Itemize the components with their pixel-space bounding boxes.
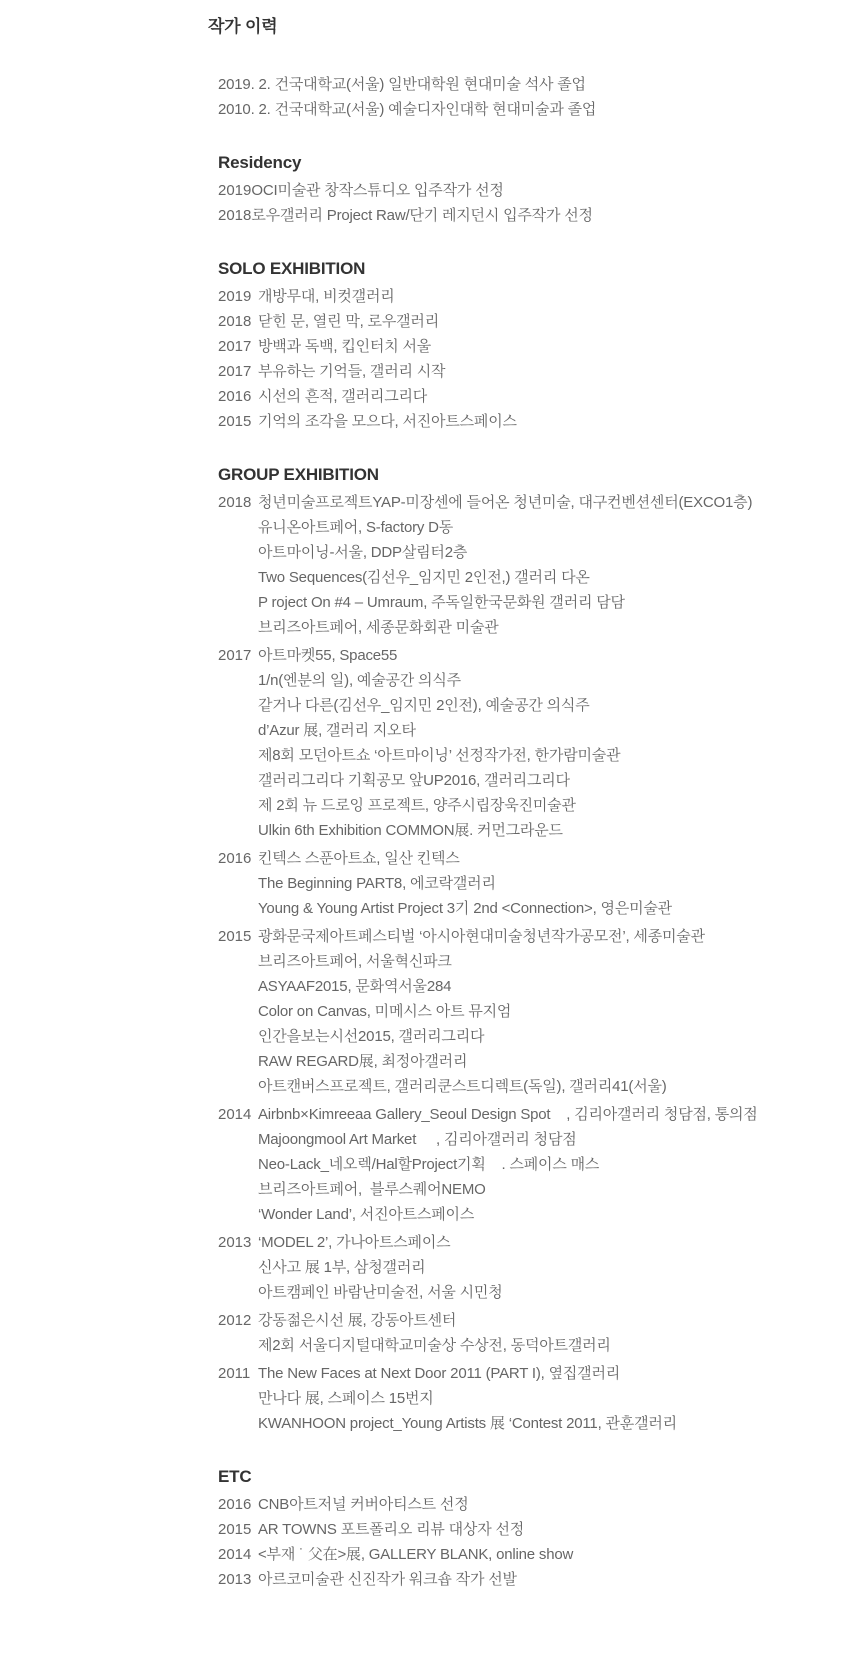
cv-entry: 2015AR TOWNS 포트폴리오 리뷰 대상자 선정	[218, 1517, 840, 1542]
entry-lines: 로우갤러리 Project Raw/단기 레지던시 입주작가 선정	[251, 203, 840, 228]
entry-line: 방백과 독백, 킵인터치 서울	[258, 334, 840, 359]
entry-line: 개방무대, 비컷갤러리	[258, 284, 840, 309]
cv-entry: 2018청년미술프로젝트YAP-미장센에 들어온 청년미술, 대구컨벤션센터(E…	[218, 490, 840, 640]
entry-line: 시선의 흔적, 갤러리그리다	[258, 384, 840, 409]
entry-year: 2017	[218, 334, 258, 359]
entry-line: 같거나 다른(김선우_임지민 2인전), 예술공간 의식주	[258, 693, 840, 718]
entry-line: Majoongmool Art Market , 김리아갤러리 청담점	[258, 1127, 840, 1152]
section-heading: ETC	[218, 1464, 840, 1489]
entry-year: 2013	[218, 1230, 258, 1255]
entry-line: 신사고 展 1부, 삼청갤러리	[258, 1255, 840, 1280]
entry-year: 2018	[218, 309, 258, 334]
entry-year: 2017	[218, 359, 258, 384]
cv-entry: 2014<부재 ˙ 父在>展, GALLERY BLANK, online sh…	[218, 1542, 840, 1567]
cv-entry: 2018로우갤러리 Project Raw/단기 레지던시 입주작가 선정	[218, 203, 840, 228]
entry-lines: 아르코미술관 신진작가 워크숍 작가 선발	[258, 1567, 840, 1592]
entry-year: 2016	[218, 1492, 258, 1517]
entry-line: 부유하는 기억들, 갤러리 시작	[258, 359, 840, 384]
cv-section-residency: Residency2019OCI미술관 창작스튜디오 입주작가 선정2018로우…	[218, 150, 840, 228]
cv-entry: 2012강동젊은시선 展, 강동아트센터제2회 서울디지털대학교미술상 수상전,…	[218, 1308, 840, 1358]
entry-line: 브리즈아트페어, 블루스퀘어NEMO	[258, 1177, 840, 1202]
entry-line: d’Azur 展, 갤러리 지오타	[258, 718, 840, 743]
entry-line: ‘MODEL 2’, 가나아트스페이스	[258, 1230, 840, 1255]
entry-year: 2015	[218, 409, 258, 434]
section-heading: Residency	[218, 150, 840, 175]
entry-line: 브리즈아트페어, 서울혁신파크	[258, 949, 840, 974]
entry-line: 강동젊은시선 展, 강동아트센터	[258, 1308, 840, 1333]
entry-lines: CNB아트저널 커버아티스트 선정	[258, 1492, 840, 1517]
entry-line: 인간을보는시선2015, 갤러리그리다	[258, 1024, 840, 1049]
cv-entry: 2017부유하는 기억들, 갤러리 시작	[218, 359, 840, 384]
cv-entry: 2011The New Faces at Next Door 2011 (PAR…	[218, 1361, 840, 1436]
entry-line: RAW REGARD展, 최정아갤러리	[258, 1049, 840, 1074]
cv-entry: 2017아트마켓55, Space551/n(엔분의 일), 예술공간 의식주같…	[218, 643, 840, 843]
cv-entry: 2018닫힌 문, 열린 막, 로우갤러리	[218, 309, 840, 334]
entry-line: Neo-Lack_네오렉/Hal할Project기획 . 스페이스 매스	[258, 1152, 840, 1177]
entry-line: 제8회 모던아트쇼 ‘아트마이닝’ 선정작가전, 한가람미술관	[258, 743, 840, 768]
cv-section-solo-exhibition: SOLO EXHIBITION2019개방무대, 비컷갤러리2018닫힌 문, …	[218, 256, 840, 434]
cv-entry: 2017방백과 독백, 킵인터치 서울	[218, 334, 840, 359]
entry-line: OCI미술관 창작스튜디오 입주작가 선정	[251, 178, 840, 203]
entry-lines: 광화문국제아트페스티벌 ‘아시아현대미술청년작가공모전’, 세종미술관브리즈아트…	[258, 924, 840, 1099]
entry-lines: 기억의 조각을 모으다, 서진아트스페이스	[258, 409, 840, 434]
entry-lines: OCI미술관 창작스튜디오 입주작가 선정	[251, 178, 840, 203]
entry-line: 아트마이닝-서울, DDP살림터2층	[258, 540, 840, 565]
entry-lines: 킨텍스 스푼아트쇼, 일산 킨텍스The Beginning PART8, 에코…	[258, 846, 840, 921]
cv-entry: 2016CNB아트저널 커버아티스트 선정	[218, 1492, 840, 1517]
entry-year: 2016	[218, 846, 258, 871]
cv-sections: Residency2019OCI미술관 창작스튜디오 입주작가 선정2018로우…	[218, 150, 840, 1592]
cv-entry: 2015기억의 조각을 모으다, 서진아트스페이스	[218, 409, 840, 434]
entry-year: 2017	[218, 643, 258, 668]
entry-line: KWANHOON project_Young Artists 展 ‘Contes…	[258, 1411, 840, 1436]
entry-line: Ulkin 6th Exhibition COMMON展. 커먼그라운드	[258, 818, 840, 843]
cv-entry: 2019OCI미술관 창작스튜디오 입주작가 선정	[218, 178, 840, 203]
cv-section-etc: ETC2016CNB아트저널 커버아티스트 선정2015AR TOWNS 포트폴…	[218, 1464, 840, 1592]
entry-line: 기억의 조각을 모으다, 서진아트스페이스	[258, 409, 840, 434]
entry-line: 청년미술프로젝트YAP-미장센에 들어온 청년미술, 대구컨벤션센터(EXCO1…	[258, 490, 840, 515]
entry-year: 2019	[218, 284, 258, 309]
entry-line: 광화문국제아트페스티벌 ‘아시아현대미술청년작가공모전’, 세종미술관	[258, 924, 840, 949]
education-list: 2019. 2. 건국대학교(서울) 일반대학원 현대미술 석사 졸업2010.…	[218, 72, 840, 122]
cv-entry: 2016킨텍스 스푼아트쇼, 일산 킨텍스The Beginning PART8…	[218, 846, 840, 921]
entry-line: AR TOWNS 포트폴리오 리뷰 대상자 선정	[258, 1517, 840, 1542]
cv-entry: 2013아르코미술관 신진작가 워크숍 작가 선발	[218, 1567, 840, 1592]
entry-year: 2012	[218, 1308, 258, 1333]
entry-year: 2011	[218, 1361, 258, 1386]
entry-line: 아트캠페인 바람난미술전, 서울 시민청	[258, 1280, 840, 1305]
entry-year: 2014	[218, 1102, 258, 1127]
entry-year: 2018	[218, 203, 251, 228]
entry-line: <부재 ˙ 父在>展, GALLERY BLANK, online show	[258, 1542, 840, 1567]
entry-lines: 닫힌 문, 열린 막, 로우갤러리	[258, 309, 840, 334]
entry-lines: 강동젊은시선 展, 강동아트센터제2회 서울디지털대학교미술상 수상전, 동덕아…	[258, 1308, 840, 1358]
entry-line: CNB아트저널 커버아티스트 선정	[258, 1492, 840, 1517]
entry-line: 만나다 展, 스페이스 15번지	[258, 1386, 840, 1411]
entry-line: ASYAAF2015, 문화역서울284	[258, 974, 840, 999]
entry-line: 제2회 서울디지털대학교미술상 수상전, 동덕아트갤러리	[258, 1333, 840, 1358]
entry-lines: 시선의 흔적, 갤러리그리다	[258, 384, 840, 409]
cv-entry: 2016시선의 흔적, 갤러리그리다	[218, 384, 840, 409]
artist-cv-document: 작가 이력 2019. 2. 건국대학교(서울) 일반대학원 현대미술 석사 졸…	[0, 0, 860, 1592]
section-heading: GROUP EXHIBITION	[218, 462, 840, 487]
education-line: 2019. 2. 건국대학교(서울) 일반대학원 현대미술 석사 졸업	[218, 72, 840, 97]
entry-year: 2016	[218, 384, 258, 409]
entry-line: 유니온아트페어, S-factory D동	[258, 515, 840, 540]
entry-line: 로우갤러리 Project Raw/단기 레지던시 입주작가 선정	[251, 203, 840, 228]
cv-entry: 2019개방무대, 비컷갤러리	[218, 284, 840, 309]
entry-line: 아트캔버스프로젝트, 갤러리쿤스트디렉트(독일), 갤러리41(서울)	[258, 1074, 840, 1099]
entry-lines: AR TOWNS 포트폴리오 리뷰 대상자 선정	[258, 1517, 840, 1542]
entry-line: ‘Wonder Land’, 서진아트스페이스	[258, 1202, 840, 1227]
entry-line: Young & Young Artist Project 3기 2nd <Con…	[258, 896, 840, 921]
entry-lines: 아트마켓55, Space551/n(엔분의 일), 예술공간 의식주같거나 다…	[258, 643, 840, 843]
entry-line: The Beginning PART8, 에코락갤러리	[258, 871, 840, 896]
entry-line: Airbnb×Kimreeaa Gallery_Seoul Design Spo…	[258, 1102, 840, 1127]
entry-year: 2013	[218, 1567, 258, 1592]
entry-line: Two Sequences(김선우_임지민 2인전,) 갤러리 다온	[258, 565, 840, 590]
entry-year: 2018	[218, 490, 258, 515]
cv-entry: 2015광화문국제아트페스티벌 ‘아시아현대미술청년작가공모전’, 세종미술관브…	[218, 924, 840, 1099]
cv-section-group-exhibition: GROUP EXHIBITION2018청년미술프로젝트YAP-미장센에 들어온…	[218, 462, 840, 1436]
entry-year: 2015	[218, 924, 258, 949]
entry-line: 제 2회 뉴 드로잉 프로젝트, 양주시립장욱진미술관	[258, 793, 840, 818]
entry-lines: Airbnb×Kimreeaa Gallery_Seoul Design Spo…	[258, 1102, 840, 1227]
entry-line: 킨텍스 스푼아트쇼, 일산 킨텍스	[258, 846, 840, 871]
page-title: 작가 이력	[208, 14, 840, 39]
entry-lines: ‘MODEL 2’, 가나아트스페이스신사고 展 1부, 삼청갤러리아트캠페인 …	[258, 1230, 840, 1305]
entry-lines: The New Faces at Next Door 2011 (PART I)…	[258, 1361, 840, 1436]
entry-line: 닫힌 문, 열린 막, 로우갤러리	[258, 309, 840, 334]
entry-year: 2019	[218, 178, 251, 203]
entry-lines: 방백과 독백, 킵인터치 서울	[258, 334, 840, 359]
entry-lines: <부재 ˙ 父在>展, GALLERY BLANK, online show	[258, 1542, 840, 1567]
entry-line: 아트마켓55, Space55	[258, 643, 840, 668]
entry-line: 브리즈아트페어, 세종문화회관 미술관	[258, 615, 840, 640]
entry-line: The New Faces at Next Door 2011 (PART I)…	[258, 1361, 840, 1386]
cv-entry: 2013‘MODEL 2’, 가나아트스페이스신사고 展 1부, 삼청갤러리아트…	[218, 1230, 840, 1305]
entry-lines: 개방무대, 비컷갤러리	[258, 284, 840, 309]
entry-lines: 청년미술프로젝트YAP-미장센에 들어온 청년미술, 대구컨벤션센터(EXCO1…	[258, 490, 840, 640]
entry-year: 2014	[218, 1542, 258, 1567]
entry-line: 1/n(엔분의 일), 예술공간 의식주	[258, 668, 840, 693]
entry-line: P roject On #4 – Umraum, 주독일한국문화원 갤러리 담담	[258, 590, 840, 615]
entry-lines: 부유하는 기억들, 갤러리 시작	[258, 359, 840, 384]
entry-line: Color on Canvas, 미메시스 아트 뮤지엄	[258, 999, 840, 1024]
entry-line: 갤러리그리다 기획공모 앞UP2016, 갤러리그리다	[258, 768, 840, 793]
education-line: 2010. 2. 건국대학교(서울) 예술디자인대학 현대미술과 졸업	[218, 97, 840, 122]
cv-entry: 2014Airbnb×Kimreeaa Gallery_Seoul Design…	[218, 1102, 840, 1227]
entry-line: 아르코미술관 신진작가 워크숍 작가 선발	[258, 1567, 840, 1592]
section-heading: SOLO EXHIBITION	[218, 256, 840, 281]
entry-year: 2015	[218, 1517, 258, 1542]
